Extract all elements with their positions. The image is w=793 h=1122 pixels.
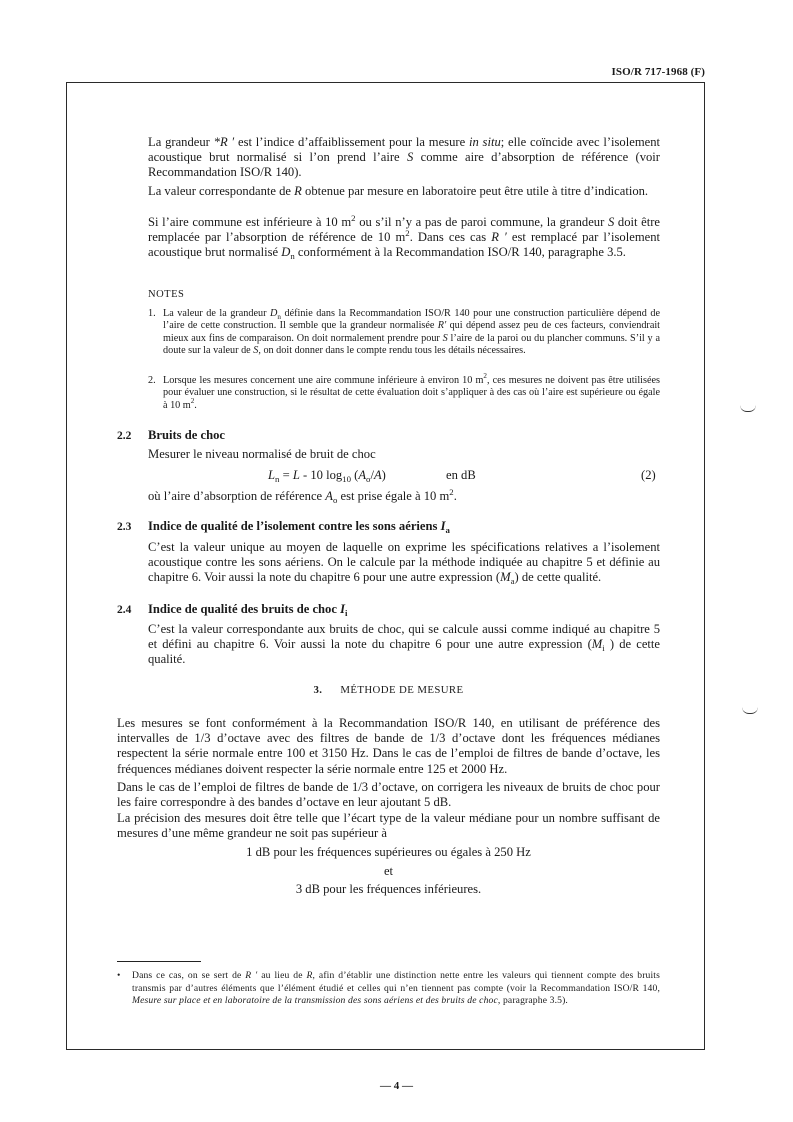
- reference-title: Mesure sur place et en laboratoire de la…: [132, 995, 498, 1006]
- section-number: 2.4: [117, 604, 131, 616]
- chapter-paragraph-1: Les mesures se font conformément à la Re…: [117, 716, 660, 777]
- term-in-situ: in situ: [469, 135, 501, 149]
- symbol-r: R: [294, 184, 302, 198]
- note-text: Lorsque les mesures concernent une aire …: [163, 375, 660, 412]
- equation-number: (2): [641, 468, 656, 483]
- formula-2: Ln = L - 10 log10 (Ao/A): [268, 468, 386, 483]
- text: - 10 log: [300, 468, 342, 482]
- text: La grandeur: [148, 135, 214, 149]
- symbol-a: A: [325, 489, 333, 503]
- section-title: Indice de qualité de l’isolement contre …: [148, 519, 450, 534]
- text: obtenue par mesure en laboratoire peut ê…: [302, 184, 648, 198]
- symbol-l: L: [268, 468, 275, 482]
- chapter-paragraph-2: Dans le cas de l’emploi de filtres de ba…: [117, 780, 660, 810]
- text: Indice de qualité de l’isolement contre …: [148, 519, 441, 533]
- formula-unit: en dB: [446, 468, 476, 483]
- symbol-r-prime: R′: [438, 320, 446, 331]
- footnote-marker: •: [117, 970, 121, 983]
- text: .: [194, 400, 197, 411]
- section-number: 2.3: [117, 521, 131, 533]
- notes-label: NOTES: [148, 289, 184, 300]
- text: Indice de qualité des bruits de choc: [148, 602, 340, 616]
- text: , on doit donner dans le compte rendu to…: [258, 345, 525, 356]
- text: ): [382, 468, 386, 482]
- text: La valeur de la grandeur: [163, 308, 270, 319]
- symbol-l: L: [293, 468, 300, 482]
- text: La valeur correspondante de: [148, 184, 294, 198]
- text: au lieu de: [257, 970, 306, 981]
- document-id-header: ISO/R 717-1968 (F): [612, 66, 705, 78]
- chapter-paragraph-3: La précision des mesures doit être telle…: [117, 811, 660, 841]
- section-number: 2.2: [117, 430, 131, 442]
- note-number: 2.: [148, 375, 156, 387]
- section-title: Indice de qualité des bruits de choc Ii: [148, 602, 347, 617]
- footnote-text: Dans ce cas, on se sert de R ′ au lieu d…: [132, 970, 660, 1008]
- chapter-title: 3.MÉTHODE DE MESURE: [117, 684, 660, 696]
- precision-line-2: et: [117, 864, 660, 879]
- text: Si l’aire commune est inférieure à 10 m: [148, 215, 351, 229]
- text: conformément à la Recommandation ISO/R 1…: [295, 245, 626, 259]
- symbol-r-prime: R ′: [491, 230, 507, 244]
- equals: =: [279, 468, 292, 482]
- scan-mark-icon: [740, 405, 756, 412]
- intro-paragraph-2: La valeur correspondante de R obtenue pa…: [148, 184, 660, 199]
- text: ou s’il n’y a pas de paroi commune, la g…: [356, 215, 608, 229]
- section-after-formula: où l’aire d’absorption de référence Ao e…: [148, 489, 660, 504]
- text: . Dans ces cas: [410, 230, 492, 244]
- intro-paragraph-3: Si l’aire commune est inférieure à 10 m2…: [148, 215, 660, 261]
- note-number: 1.: [148, 308, 156, 320]
- section-body: C’est la valeur correspondante aux bruit…: [148, 622, 660, 668]
- symbol-a: A: [358, 468, 366, 482]
- symbol-m: M: [500, 570, 511, 584]
- scan-mark-icon: [742, 707, 758, 714]
- page-number: — 4 —: [0, 1080, 793, 1092]
- footnote-rule: [117, 961, 201, 962]
- text: Dans ce cas, on se sert de: [132, 970, 245, 981]
- subscript: a: [445, 525, 449, 535]
- text: où l’aire d’absorption de référence: [148, 489, 325, 503]
- text: , paragraphe 3.5).: [498, 995, 568, 1006]
- symbol-r-prime: R ′: [245, 970, 257, 981]
- section-intro: Mesurer le niveau normalisé de bruit de …: [148, 447, 660, 462]
- symbol-r-prime: *R ′: [214, 135, 235, 149]
- precision-line-1: 1 dB pour les fréquences supérieures ou …: [117, 845, 660, 860]
- text: est prise égale à 10 m: [337, 489, 449, 503]
- text: est l’indice d’affaiblissement pour la m…: [234, 135, 469, 149]
- precision-line-3: 3 dB pour les fréquences inférieures.: [117, 882, 660, 897]
- subscript: i: [345, 608, 347, 618]
- note-1: 1. La valeur de la grandeur Dn définie d…: [148, 308, 660, 358]
- text: C’est la valeur correspondante aux bruit…: [148, 622, 660, 651]
- chapter-title-text: MÉTHODE DE MESURE: [340, 684, 463, 696]
- text: ) de cette qualité.: [514, 570, 601, 584]
- note-text: La valeur de la grandeur Dn définie dans…: [163, 308, 660, 358]
- symbol-d: D: [281, 245, 290, 259]
- text: Lorsque les mesures concernent une aire …: [163, 375, 483, 386]
- intro-paragraph-1: La grandeur *R ′ est l’indice d’affaibli…: [148, 135, 660, 181]
- chapter-number: 3.: [313, 684, 322, 696]
- symbol-a: A: [374, 468, 382, 482]
- symbol-m: M: [592, 637, 603, 651]
- text: .: [454, 489, 457, 503]
- section-body: C’est la valeur unique au moyen de laque…: [148, 540, 660, 586]
- section-title: Bruits de choc: [148, 428, 225, 443]
- footnote: • Dans ce cas, on se sert de R ′ au lieu…: [117, 970, 660, 1008]
- note-2: 2. Lorsque les mesures concernent une ai…: [148, 375, 660, 412]
- subscript: 10: [342, 474, 351, 484]
